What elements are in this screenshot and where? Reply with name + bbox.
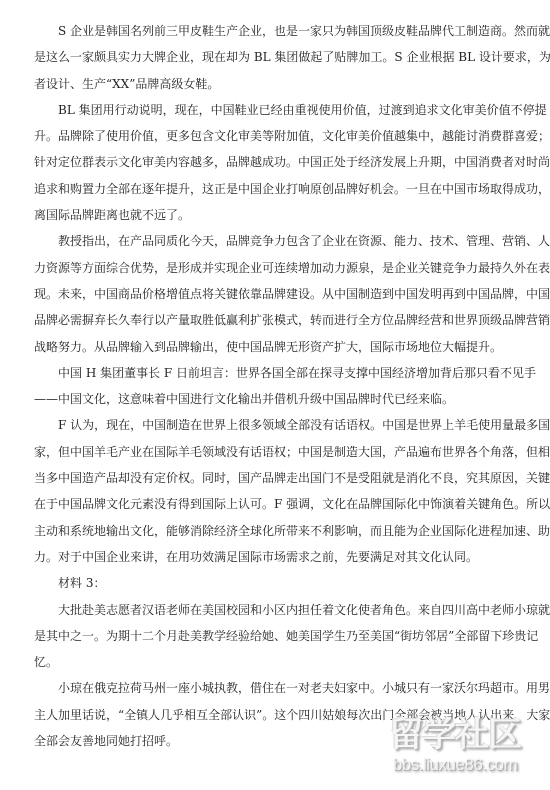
watermark-url: bbs.liuxue86.com bbox=[380, 754, 530, 776]
text-line: 升。品牌除了使用价值，更多包含文化审美等附加值，文化审美价值越集中，越能讨消费群… bbox=[34, 123, 515, 149]
text-line: 力。对于中国企业来讲，在用功效满足国际市场需求之前，先要满足对其文化认同。 bbox=[34, 544, 515, 570]
text-line: F 认为，现在，中国制造在世界上很多领域全部没有话语权。中国是世界上羊毛使用量最… bbox=[34, 412, 515, 438]
text-line: BL 集团用行动说明，现在，中国鞋业已经由重视使用价值，过渡到追求文化审美价值不… bbox=[34, 97, 515, 123]
text-line: 在于中国品牌文化元素没有得到国际上认可。F 强调，文化在品牌国际化中饰演着关键角… bbox=[34, 491, 515, 517]
text-line: 离国际品牌距离也就不远了。 bbox=[34, 202, 515, 228]
text-line: 战略努力。从品牌输入到品牌输出，使中国品牌无形资产扩大，国际市场地位大幅提升。 bbox=[34, 334, 515, 360]
paragraph-bl-group: BL 集团用行动说明，现在，中国鞋业已经由重视使用价值，过渡到追求文化审美价值不… bbox=[34, 97, 515, 228]
text-line: 教授指出，在产品同质化今天，品牌竞争力包含了企业在资源、能力、技术、管理、营销、… bbox=[34, 228, 515, 254]
text-line: 家，但中国羊毛产业在国际羊毛领域没有话语权；中国是制造大国，产品遍布世界各个角落… bbox=[34, 439, 515, 465]
text-line: 力资源等方面综合优势，是形成并实现企业可连续增加动力源泉，是企业关键竞争力最持久… bbox=[34, 255, 515, 281]
text-line: 是其中之一。为期十二个月赴美教学经验给她、她美国学生乃至美国“街坊邻居”全部留下… bbox=[34, 623, 515, 649]
paragraph-h-group: 中国 H 集团董事长 F 日前坦言：世界各国全部在探寻支撑中国经济增加背后那只看… bbox=[34, 360, 515, 413]
text-line: 材料 3： bbox=[34, 570, 515, 596]
text-line: 全部会友善地同她打招呼。 bbox=[34, 728, 515, 754]
text-line: 主人加里话说，“全镇人几乎相互全部认识”。这个四川姑娘每次出门全部会被当地人认出… bbox=[34, 702, 515, 728]
text-line: 品牌必需摒弃长久奉行以产量取胜低赢利扩张模式，转而进行全方位品牌经营和世界顶级品… bbox=[34, 307, 515, 333]
text-line: 是这么一家颇具实力大牌企业，现在却为 BL 集团做起了贴牌加工。S 企业根据 B… bbox=[34, 44, 515, 70]
text-line: ——中国文化，这意味着中国进行文化输出并借机升级中国品牌时代已经来临。 bbox=[34, 386, 515, 412]
text-line: 中国 H 集团董事长 F 日前坦言：世界各国全部在探寻支撑中国经济增加背后那只看… bbox=[34, 360, 515, 386]
paragraph-s-company: S 企业是韩国名列前三甲皮鞋生产企业，也是一家只为韩国顶级皮鞋品牌代工制造商。然… bbox=[34, 18, 515, 97]
paragraph-f-opinion: F 认为，现在，中国制造在世界上很多领域全部没有话语权。中国是世界上羊毛使用量最… bbox=[34, 412, 515, 570]
paragraph-xiaoqiong: 小琼在俄克拉荷马州一座小城执教，借住在一对老夫妇家中。小城只有一家沃尔玛超市。用… bbox=[34, 675, 515, 754]
text-line: 现。未来，中国商品价格增值点将关键依靠品牌建设。从中国制造到中国发明再到中国品牌… bbox=[34, 281, 515, 307]
text-line: 针对定位群表示文化审美内容越多，品牌越成功。中国正处于经济发展上升期，中国消费者… bbox=[34, 149, 515, 175]
text-line: 主动和系统地输出文化，能够消除经济全球化所带来不利影响，而且能为企业国际化进程加… bbox=[34, 518, 515, 544]
text-line: 小琼在俄克拉荷马州一座小城执教，借住在一对老夫妇家中。小城只有一家沃尔玛超市。用… bbox=[34, 675, 515, 701]
section-heading-material-3: 材料 3： bbox=[34, 570, 515, 596]
text-line: S 企业是韩国名列前三甲皮鞋生产企业，也是一家只为韩国顶级皮鞋品牌代工制造商。然… bbox=[34, 18, 515, 44]
text-line: 者设计、生产“XX”品牌高级女鞋。 bbox=[34, 71, 515, 97]
text-line: 追求和购置力全部在逐年提升，这正是中国企业打响原创品牌好机会。一旦在中国市场取得… bbox=[34, 176, 515, 202]
paragraph-volunteer-teachers: 大批赴美志愿者汉语老师在美国校园和小区内担任着文化使者角色。来自四川高中老师小琼… bbox=[34, 597, 515, 676]
paragraph-professor: 教授指出，在产品同质化今天，品牌竞争力包含了企业在资源、能力、技术、管理、营销、… bbox=[34, 228, 515, 359]
text-line: 大批赴美志愿者汉语老师在美国校园和小区内担任着文化使者角色。来自四川高中老师小琼… bbox=[34, 597, 515, 623]
text-line: 忆。 bbox=[34, 649, 515, 675]
text-line: 当多中国造产品却没有定价权。同时，国产品牌走出国门不是受阻就是消化不良，究其原因… bbox=[34, 465, 515, 491]
document-body: S 企业是韩国名列前三甲皮鞋生产企业，也是一家只为韩国顶级皮鞋品牌代工制造商。然… bbox=[34, 18, 515, 754]
